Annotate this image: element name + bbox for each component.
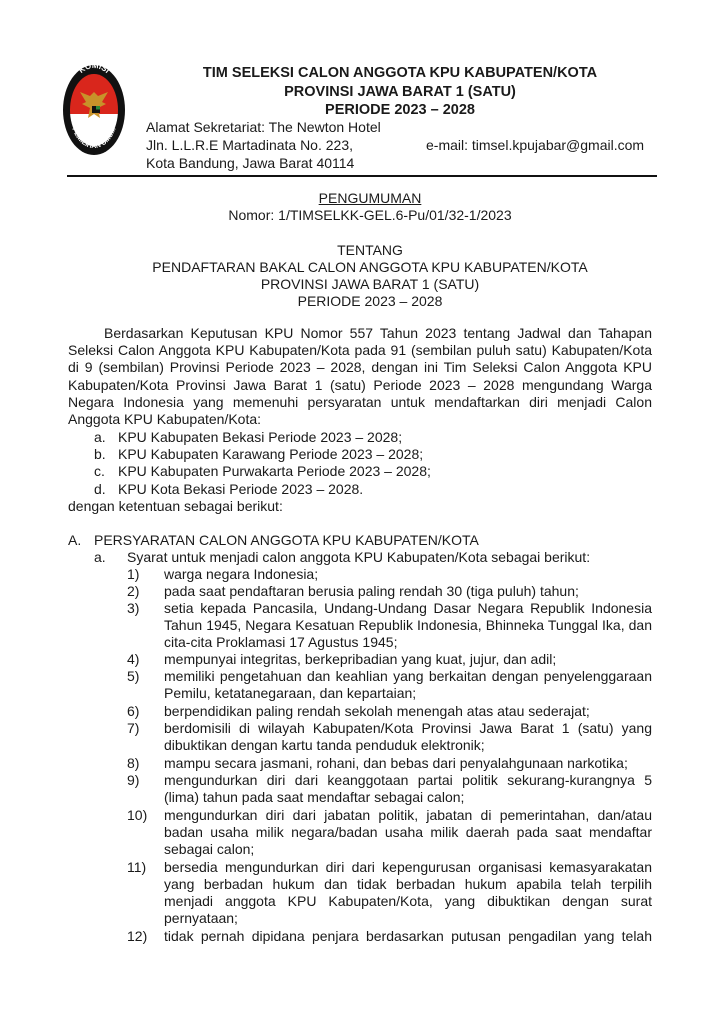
requirement-label: 3) xyxy=(127,600,139,617)
requirement-label: 11) xyxy=(127,859,146,876)
requirement-item: bersedia mengundurkan diri dari kepengur… xyxy=(164,859,652,927)
section-a-title: PERSYARATAN CALON ANGGOTA KPU KABUPATEN/… xyxy=(94,532,479,549)
address-line-1: Alamat Sekretariat: The Newton Hotel xyxy=(146,118,381,136)
requirement-item: warga negara Indonesia; xyxy=(164,566,652,583)
address-line-3: Kota Bandung, Jawa Barat 40114 xyxy=(146,154,354,172)
requirement-label: 9) xyxy=(127,772,139,789)
subject-line-1: PENDAFTARAN BAKAL CALON ANGGOTA KPU KABU… xyxy=(80,259,660,276)
requirement-label: 10) xyxy=(127,807,147,824)
requirement-item: berdomisili di wilayah Kabupaten/Kota Pr… xyxy=(164,720,652,754)
requirement-item: mempunyai integritas, berkepribadian yan… xyxy=(164,651,652,668)
subject-line-2: PROVINSI JAWA BARAT 1 (SATU) xyxy=(80,276,660,293)
kpu-emblem-icon: KOMISI PEMILIHAN UMUM xyxy=(62,64,126,156)
letterhead-title-line-2: PROVINSI JAWA BARAT 1 (SATU) xyxy=(140,83,660,102)
region-item-label: b. xyxy=(94,446,106,463)
about-label: TENTANG xyxy=(80,242,660,259)
requirement-label: 5) xyxy=(127,668,139,685)
letterhead-divider xyxy=(67,175,657,177)
subject-line-3: PERIODE 2023 – 2028 xyxy=(80,293,660,310)
region-item-label: d. xyxy=(94,481,106,498)
requirement-label: 8) xyxy=(127,755,139,772)
intro-paragraph: Berdasarkan Keputusan KPU Nomor 557 Tahu… xyxy=(68,325,652,428)
region-item-label: c. xyxy=(94,463,105,480)
requirement-item: mengundurkan diri dari keanggotaan parta… xyxy=(164,772,652,806)
requirement-item: mengundurkan diri dari jabatan politik, … xyxy=(164,807,652,858)
section-a-sub-title: Syarat untuk menjadi calon anggota KPU K… xyxy=(127,549,590,566)
requirement-item: setia kepada Pancasila, Undang-Undang Da… xyxy=(164,600,652,651)
requirement-label: 6) xyxy=(127,703,139,720)
requirement-item: mampu secara jasmani, rohani, dan bebas … xyxy=(164,755,652,772)
region-item-label: a. xyxy=(94,429,106,446)
email-address: e-mail: timsel.kpujabar@gmail.com xyxy=(426,136,644,154)
requirement-label: 4) xyxy=(127,651,139,668)
requirement-item: pada saat pendaftaran berusia paling ren… xyxy=(164,583,652,600)
region-item: KPU Kabupaten Karawang Periode 2023 – 20… xyxy=(118,446,423,463)
region-item: KPU Kabupaten Purwakarta Periode 2023 – … xyxy=(118,463,431,480)
section-a-sub-label: a. xyxy=(94,549,106,566)
region-item: KPU Kota Bekasi Periode 2023 – 2028. xyxy=(118,481,363,498)
requirement-label: 1) xyxy=(127,566,139,583)
requirement-label: 7) xyxy=(127,720,139,737)
requirement-item: memiliki pengetahuan dan keahlian yang b… xyxy=(164,668,652,702)
section-a-label: A. xyxy=(68,532,81,549)
region-item: KPU Kabupaten Bekasi Periode 2023 – 2028… xyxy=(118,429,402,446)
announcement-heading: PENGUMUMAN xyxy=(80,190,660,207)
letterhead-title-line-1: TIM SELEKSI CALON ANGGOTA KPU KABUPATEN/… xyxy=(140,64,660,83)
requirement-item: tidak pernah dipidana penjara berdasarka… xyxy=(164,928,652,945)
requirement-label: 2) xyxy=(127,583,139,600)
requirement-label: 12) xyxy=(127,928,147,945)
intro-closing: dengan ketentuan sebagai berikut: xyxy=(68,498,283,515)
address-line-2: Jln. L.L.R.E Martadinata No. 223, xyxy=(146,136,353,154)
requirement-item: berpendidikan paling rendah sekolah mene… xyxy=(164,703,652,720)
announcement-number: Nomor: 1/TIMSELKK-GEL.6-Pu/01/32-1/2023 xyxy=(80,207,660,224)
